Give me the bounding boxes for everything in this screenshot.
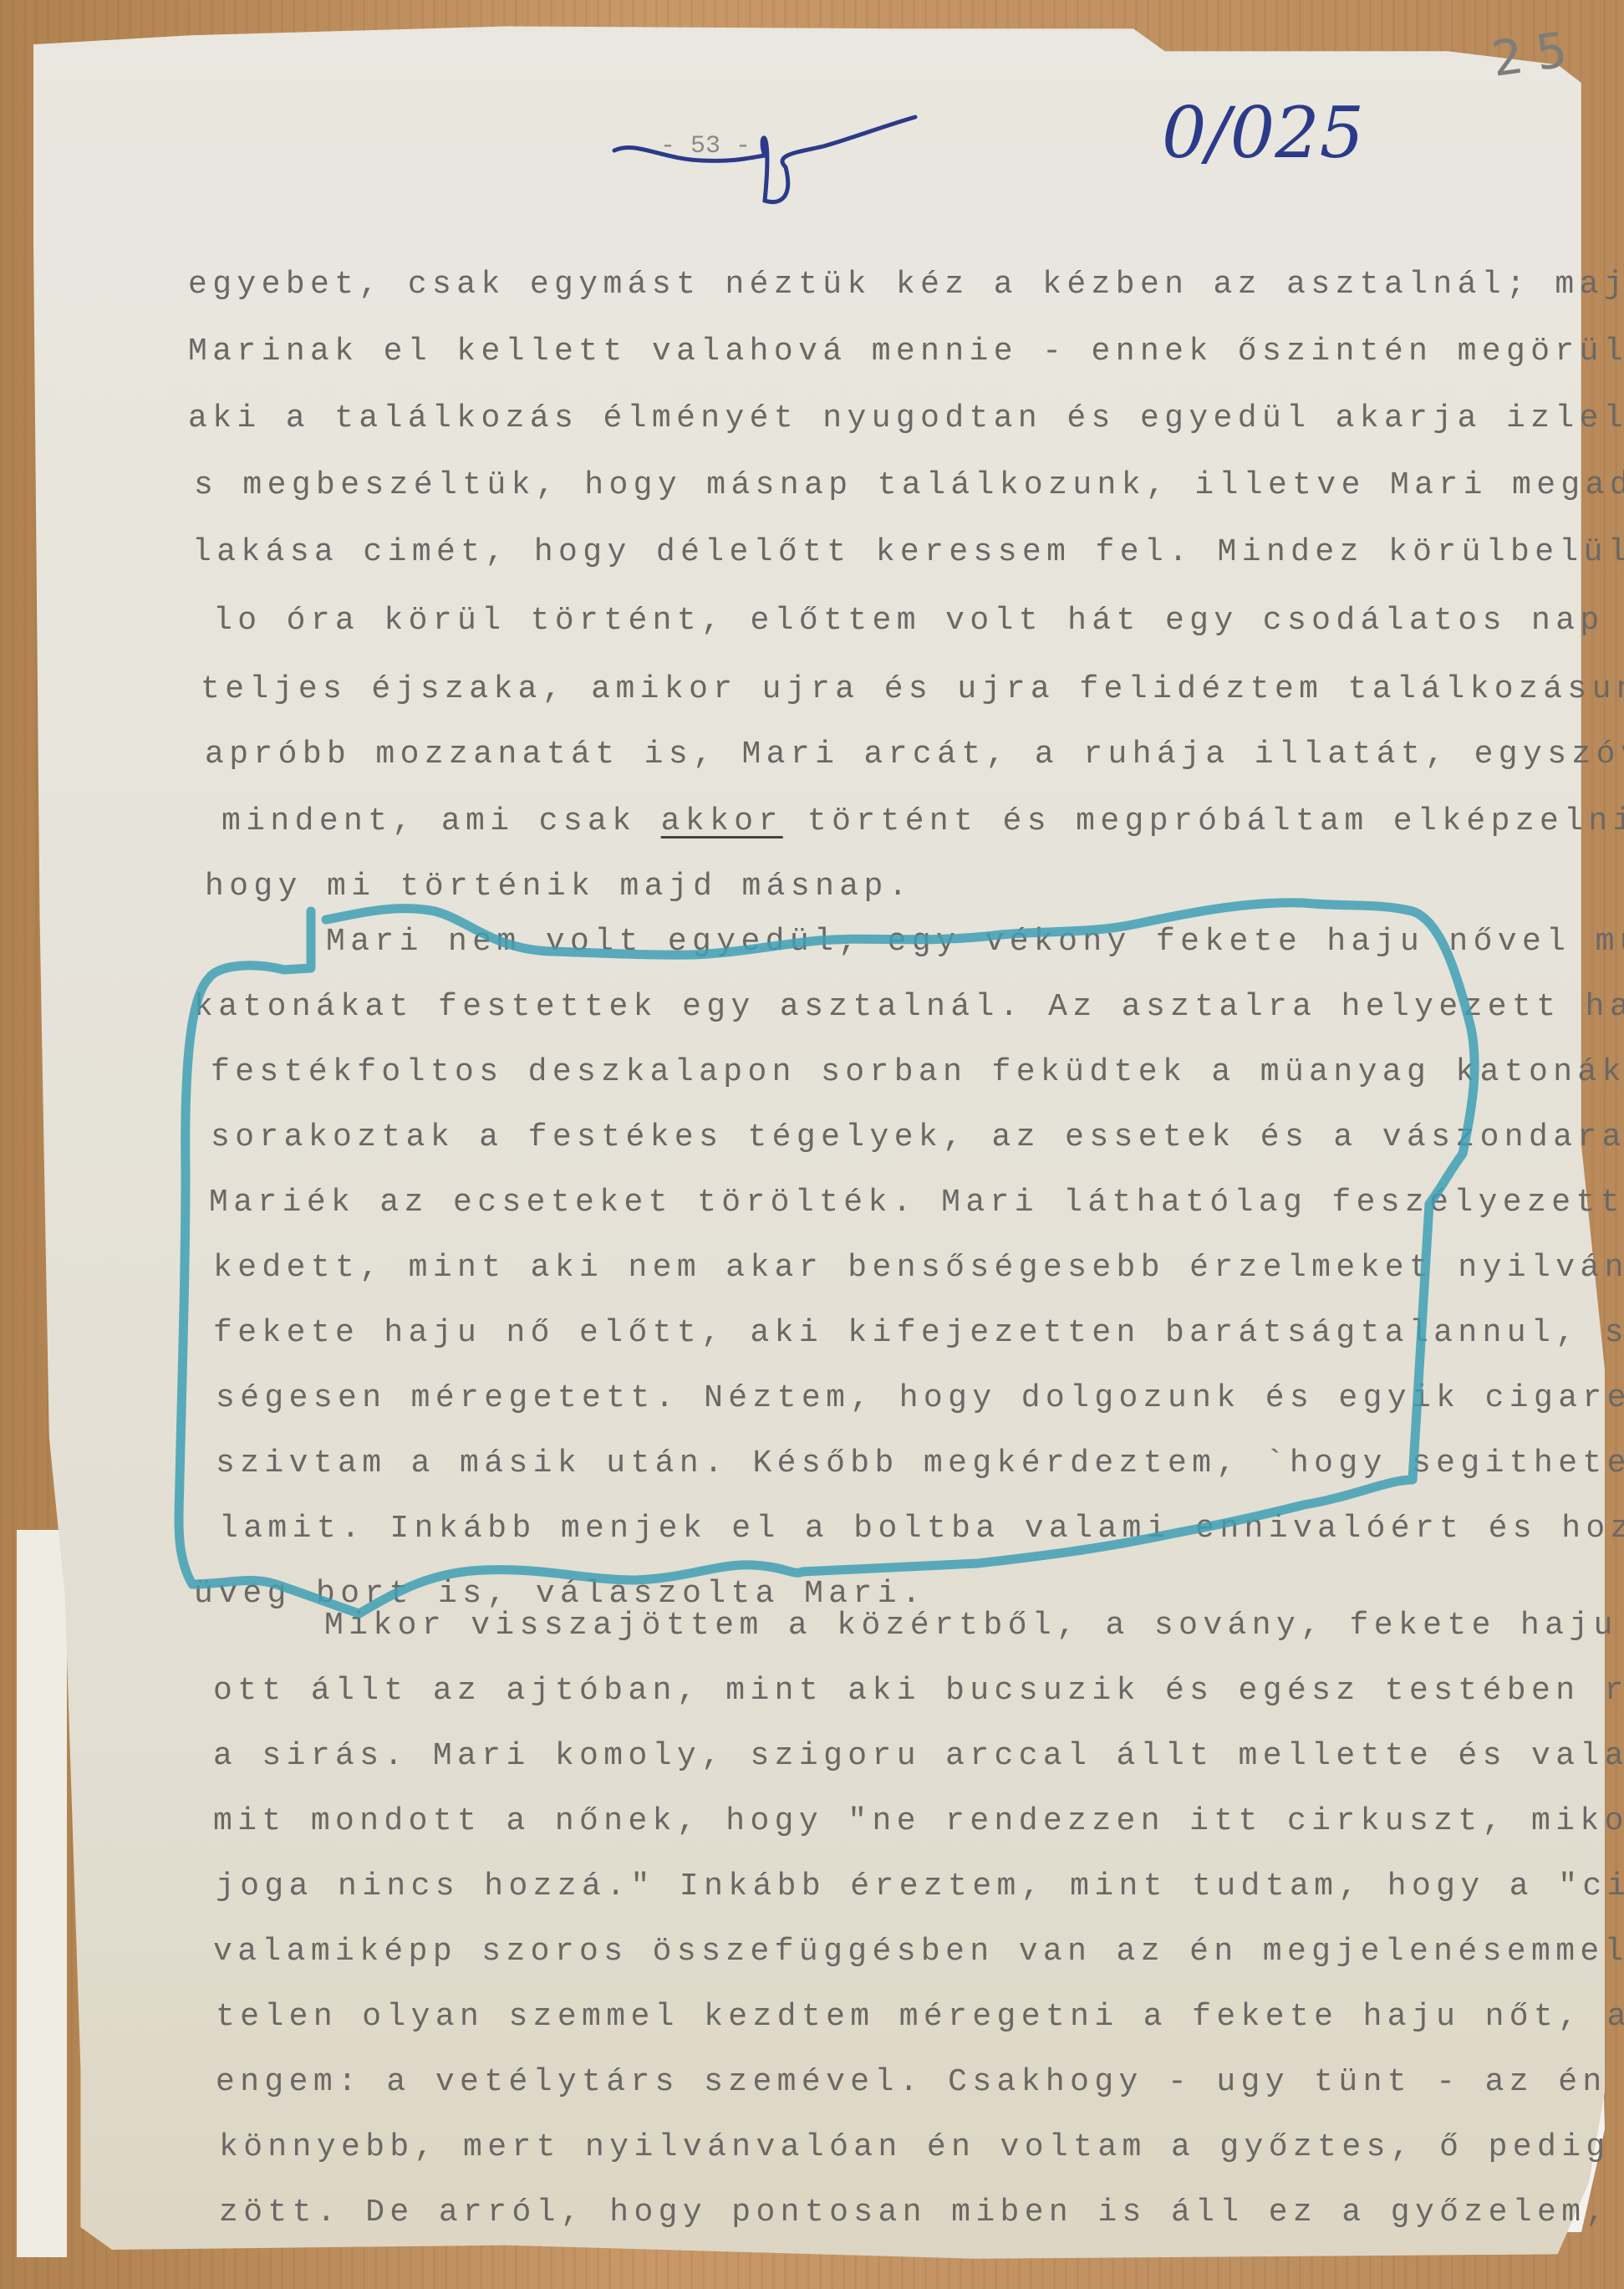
annotation-overlay [0,0,1624,2289]
marker-enclosure [179,903,1474,1614]
pen-page-flourish [614,117,915,202]
